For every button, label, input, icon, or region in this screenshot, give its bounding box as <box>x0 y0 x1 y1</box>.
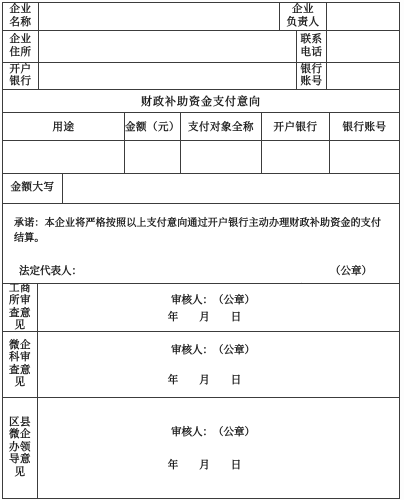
reviewer-line: 审核人： （公章） <box>155 342 282 357</box>
bank-account-value <box>327 63 399 89</box>
micro-enterprise-section-opinion-row: 微企 科审 查意 见 审核人： （公章） 年 月 日 <box>3 332 399 398</box>
micro-enterprise-section-opinion-content: 审核人： （公章） 年 月 日 <box>38 332 399 397</box>
reviewer-line: 审核人： （公章） <box>155 424 282 439</box>
legal-rep-line: 法定代表人： （公章） <box>3 263 399 278</box>
col-header-amount: 金额（元） <box>125 113 181 140</box>
contact-phone-label: 联系 电话 <box>297 31 327 62</box>
amount-in-words-label: 金额大写 <box>3 174 63 203</box>
district-leadership-opinion-content: 审核人： （公章） 年 月 日 <box>38 398 399 498</box>
company-name-row: 企业 名称 企业 负责人 <box>3 3 399 31</box>
payee-account-value <box>330 141 399 173</box>
deposit-bank-value <box>39 63 297 89</box>
industry-commerce-opinion-label: 工商 所审 查意 见 <box>3 284 38 331</box>
official-seal-label: （公章） <box>213 292 255 307</box>
col-header-purpose: 用途 <box>3 113 125 140</box>
legal-rep-label: 法定代表人： <box>19 263 82 278</box>
district-leadership-opinion-label: 区县 微企 办领 导意 见 <box>3 398 38 498</box>
micro-enterprise-section-opinion-label: 微企 科审 查意 见 <box>3 332 38 397</box>
payment-table-header-row: 用途 金额（元） 支付对象全称 开户银行 银行账号 <box>3 113 399 141</box>
promise-row: 承诺：本企业将严格按照以上支付意向通过开户银行主动办理财政补助资金的支付结算。 … <box>3 204 399 284</box>
company-seal-label: （公章） <box>330 263 372 278</box>
amount-in-words-row: 金额大写 <box>3 174 399 204</box>
col-header-account: 银行账号 <box>330 113 399 140</box>
industry-commerce-opinion-row: 工商 所审 查意 见 审核人： （公章） 年 月 日 <box>3 284 399 332</box>
district-leadership-opinion-row: 区县 微企 办领 导意 见 审核人： （公章） 年 月 日 <box>3 398 399 498</box>
review-date-label: 年 月 日 <box>168 457 270 472</box>
company-manager-label: 企业 负责人 <box>280 3 327 30</box>
company-address-row: 企业 住所 联系 电话 <box>3 31 399 63</box>
payment-table-data-row <box>3 141 399 174</box>
official-seal-label: （公章） <box>213 424 255 439</box>
official-seal-label: （公章） <box>213 342 255 357</box>
amount-value <box>125 141 181 173</box>
reviewer-line: 审核人： （公章） <box>155 292 282 307</box>
bank-info-row: 开户 银行 银行 账号 <box>3 63 399 90</box>
reviewer-label: 审核人： <box>171 424 213 439</box>
purpose-value <box>3 141 125 173</box>
contact-phone-value <box>327 31 399 62</box>
promise-cell: 承诺：本企业将严格按照以上支付意向通过开户银行主动办理财政补助资金的支付结算。 … <box>3 204 399 283</box>
deposit-bank-label: 开户 银行 <box>3 63 39 89</box>
reviewer-label: 审核人： <box>171 292 213 307</box>
amount-in-words-value <box>63 174 399 203</box>
bank-account-label: 银行 账号 <box>297 63 327 89</box>
reviewer-label: 审核人： <box>171 342 213 357</box>
promise-text: 承诺：本企业将严格按照以上支付意向通过开户银行主动办理财政补助资金的支付结算。 <box>3 214 399 244</box>
col-header-payee-name: 支付对象全称 <box>181 113 262 140</box>
company-name-label: 企业 名称 <box>3 3 39 30</box>
payee-bank-value <box>262 141 330 173</box>
company-name-value <box>39 3 280 30</box>
payment-intent-title-row: 财政补助资金支付意向 <box>3 90 399 113</box>
review-date-label: 年 月 日 <box>168 372 270 387</box>
payment-intent-title: 财政补助资金支付意向 <box>3 90 399 112</box>
payee-name-value <box>181 141 262 173</box>
industry-commerce-opinion-content: 审核人： （公章） 年 月 日 <box>38 284 399 331</box>
review-date-label: 年 月 日 <box>168 309 270 324</box>
company-manager-value <box>327 3 399 30</box>
company-address-value <box>39 31 297 62</box>
promise-date-label: 年 月 日 <box>3 281 399 283</box>
subsidy-payment-form: 企业 名称 企业 负责人 企业 住所 联系 电话 开户 银行 银行 账号 财政补… <box>2 2 400 499</box>
col-header-bank: 开户银行 <box>262 113 330 140</box>
company-address-label: 企业 住所 <box>3 31 39 62</box>
